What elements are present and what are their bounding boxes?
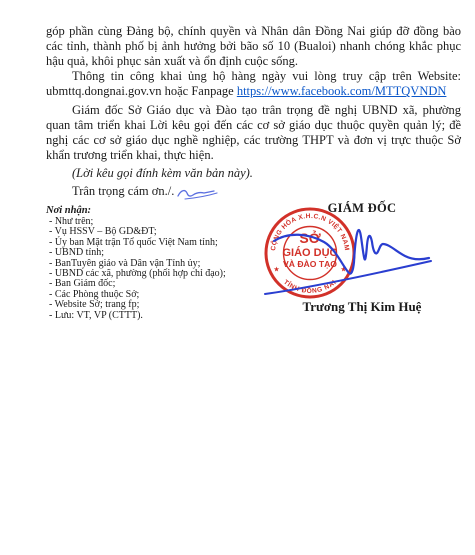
closing-line: Trân trọng cám ơn./. <box>46 184 461 200</box>
recipient-item: - Lưu: VT, VP (CTTT). <box>46 311 266 321</box>
letter-body: góp phần cùng Đảng bộ, chính quyền và Nh… <box>0 0 475 200</box>
document-page: góp phần cùng Đảng bộ, chính quyền và Nh… <box>0 0 475 555</box>
paragraph-director-request: Giám đốc Sở Giáo dục và Đào tạo trân trọ… <box>46 103 461 163</box>
attachment-note: (Lời kêu gọi đính kèm văn bản này). <box>46 166 461 181</box>
paragraph-storm-relief: góp phần cùng Đảng bộ, chính quyền và Nh… <box>46 24 461 69</box>
initials-scribble <box>175 186 219 201</box>
closing-text: Trân trọng cám ơn./. <box>72 184 174 198</box>
recipients-block: Nơi nhận: - Như trên; - Vụ HSSV – Bộ GD&… <box>46 204 266 321</box>
fanpage-link[interactable]: https://www.facebook.com/MTTQVNDN <box>237 84 447 98</box>
paragraph-donation-info: Thông tin công khai ủng hộ hàng ngày vui… <box>46 69 461 99</box>
signer-name: Trương Thị Kim Huệ <box>292 299 432 315</box>
signature-image <box>258 215 438 300</box>
